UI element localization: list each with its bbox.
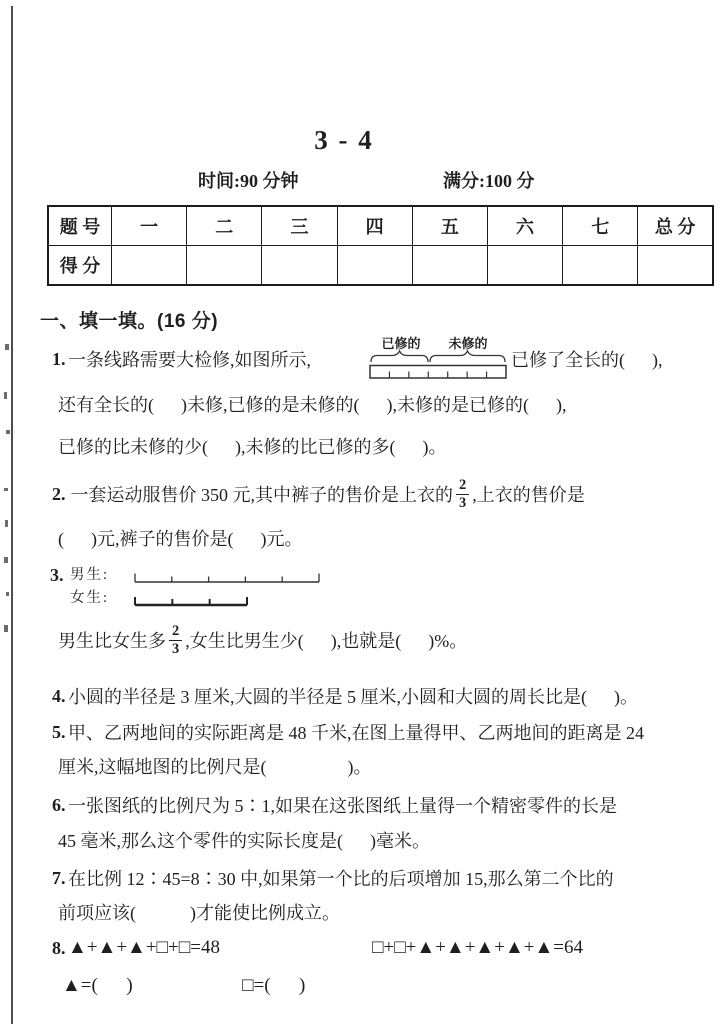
q1-line2: 还有全长的( )未修,已修的是未修的( ),未修的是已修的( ), bbox=[58, 394, 566, 416]
col-7: 七 bbox=[563, 206, 638, 245]
q7-line1: 在比例 12∶45=8∶30 中,如果第一个比的后项增加 15,那么第二个比的 bbox=[68, 868, 614, 890]
score-table-score-row: 得 分 bbox=[48, 245, 713, 285]
right-brace bbox=[430, 351, 505, 362]
margin-mark bbox=[4, 557, 8, 563]
boys-segment-line bbox=[133, 569, 325, 585]
q6-line2: 45 毫米,那么这个零件的实际长度是( )毫米。 bbox=[58, 830, 430, 852]
margin-mark bbox=[5, 520, 8, 527]
q3-line1-after: ,女生比男生少( ),也就是( )%。 bbox=[185, 627, 467, 653]
score-cell bbox=[638, 245, 713, 285]
q2-fraction-numerator: 2 bbox=[456, 477, 469, 495]
col-6: 六 bbox=[487, 206, 562, 245]
score-cell bbox=[563, 245, 638, 285]
q3-boys-label: 男生: bbox=[70, 567, 109, 584]
left-brace bbox=[371, 351, 428, 362]
time-label: 时间:90 分钟 bbox=[198, 167, 299, 193]
bar-outline bbox=[370, 366, 506, 379]
q8-equation-2: □+□+▲+▲+▲+▲+▲=64 bbox=[372, 937, 583, 959]
score-cell bbox=[487, 245, 562, 285]
q7-line2: 前项应该( )才能使比例成立。 bbox=[58, 902, 340, 924]
q2-line1-after: ,上衣的售价是 bbox=[472, 481, 585, 507]
question-number-header: 题 号 bbox=[48, 206, 112, 245]
q1-line1-after: 已修了全长的( ), bbox=[511, 349, 663, 371]
q8-number: 8. bbox=[52, 938, 66, 959]
q2-fraction-denominator: 3 bbox=[456, 495, 469, 512]
margin-mark bbox=[6, 430, 10, 434]
full-score-label: 满分:100 分 bbox=[443, 167, 535, 193]
score-table-header-row: 题 号 一 二 三 四 五 六 七 总 分 bbox=[48, 206, 713, 245]
col-5: 五 bbox=[412, 206, 487, 245]
q3-fraction-denominator: 3 bbox=[169, 641, 182, 658]
score-cell bbox=[337, 245, 412, 285]
q5-line2: 厘米,这幅地图的比例尺是( )。 bbox=[58, 756, 372, 778]
exam-paper-page: 3 - 4 时间:90 分钟 满分:100 分 题 号 一 二 三 四 五 六 … bbox=[0, 0, 724, 1024]
col-2: 二 bbox=[187, 206, 262, 245]
col-3: 三 bbox=[262, 206, 337, 245]
q3-fraction: 2 3 bbox=[169, 623, 182, 657]
q5-line1: 甲、乙两地间的实际距离是 48 千米,在图上量得甲、乙两地间的距离是 24 bbox=[68, 722, 644, 744]
col-4: 四 bbox=[337, 206, 412, 245]
q3-number: 3. bbox=[50, 565, 64, 586]
q3-text-line: 男生比女生多 2 3 ,女生比男生少( ),也就是( )%。 bbox=[58, 616, 467, 664]
q3-line1-before: 男生比女生多 bbox=[58, 627, 166, 653]
q2-number: 2. bbox=[52, 484, 66, 505]
page-edge-line bbox=[11, 6, 13, 1024]
section-heading: 一、填一填。(16 分) bbox=[40, 306, 218, 333]
q6-line1: 一张图纸的比例尺为 5∶1,如果在这张图纸上量得一个精密零件的长是 bbox=[68, 795, 617, 817]
q1-repair-bar-diagram: 已修的 未修的 bbox=[369, 333, 509, 381]
score-cell bbox=[187, 245, 262, 285]
q8-answer-triangle: ▲=( ) bbox=[62, 975, 133, 997]
q2-line1-before: 一套运动服售价 350 元,其中裤子的售价是上衣的 bbox=[71, 481, 454, 507]
margin-mark bbox=[4, 392, 7, 399]
score-cell bbox=[412, 245, 487, 285]
q4-number: 4. bbox=[52, 686, 66, 707]
q2-line2: ( )元,裤子的售价是( )元。 bbox=[58, 528, 302, 550]
margin-mark bbox=[5, 344, 9, 350]
q8-equation-1: ▲+▲+▲+□+□=48 bbox=[68, 937, 220, 959]
q7-number: 7. bbox=[52, 868, 66, 889]
q1-number: 1. bbox=[52, 349, 66, 370]
q2-fraction: 2 3 bbox=[456, 477, 469, 511]
girls-segment-line bbox=[133, 592, 255, 608]
margin-mark bbox=[4, 625, 8, 632]
segmented-bar bbox=[369, 349, 507, 380]
margin-mark bbox=[4, 488, 8, 491]
q1-line1-before: 一条线路需要大检修,如图所示, bbox=[68, 349, 311, 371]
bar-ticks bbox=[389, 372, 486, 378]
q6-number: 6. bbox=[52, 795, 66, 816]
q2-line1: 2. 一套运动服售价 350 元,其中裤子的售价是上衣的 2 3 ,上衣的售价是 bbox=[52, 470, 585, 518]
page-title: 3 - 4 bbox=[282, 125, 406, 156]
margin-mark bbox=[6, 592, 9, 596]
score-table: 题 号 一 二 三 四 五 六 七 总 分 得 分 bbox=[47, 205, 714, 286]
boys-ticks bbox=[135, 574, 319, 583]
q5-number: 5. bbox=[52, 722, 66, 743]
q4-text: 小圆的半径是 3 厘米,大圆的半径是 5 厘米,小圆和大圆的周长比是( )。 bbox=[68, 686, 638, 708]
q3-fraction-numerator: 2 bbox=[169, 623, 182, 641]
q8-answer-square: □=( ) bbox=[242, 975, 305, 997]
score-cell bbox=[112, 245, 187, 285]
q3-girls-label: 女生: bbox=[70, 590, 109, 607]
score-cell bbox=[262, 245, 337, 285]
total-score-header: 总 分 bbox=[638, 206, 713, 245]
score-row-label: 得 分 bbox=[48, 245, 112, 285]
col-1: 一 bbox=[112, 206, 187, 245]
q1-line3: 已修的比未修的少( ),未修的比已修的多( )。 bbox=[58, 436, 446, 458]
